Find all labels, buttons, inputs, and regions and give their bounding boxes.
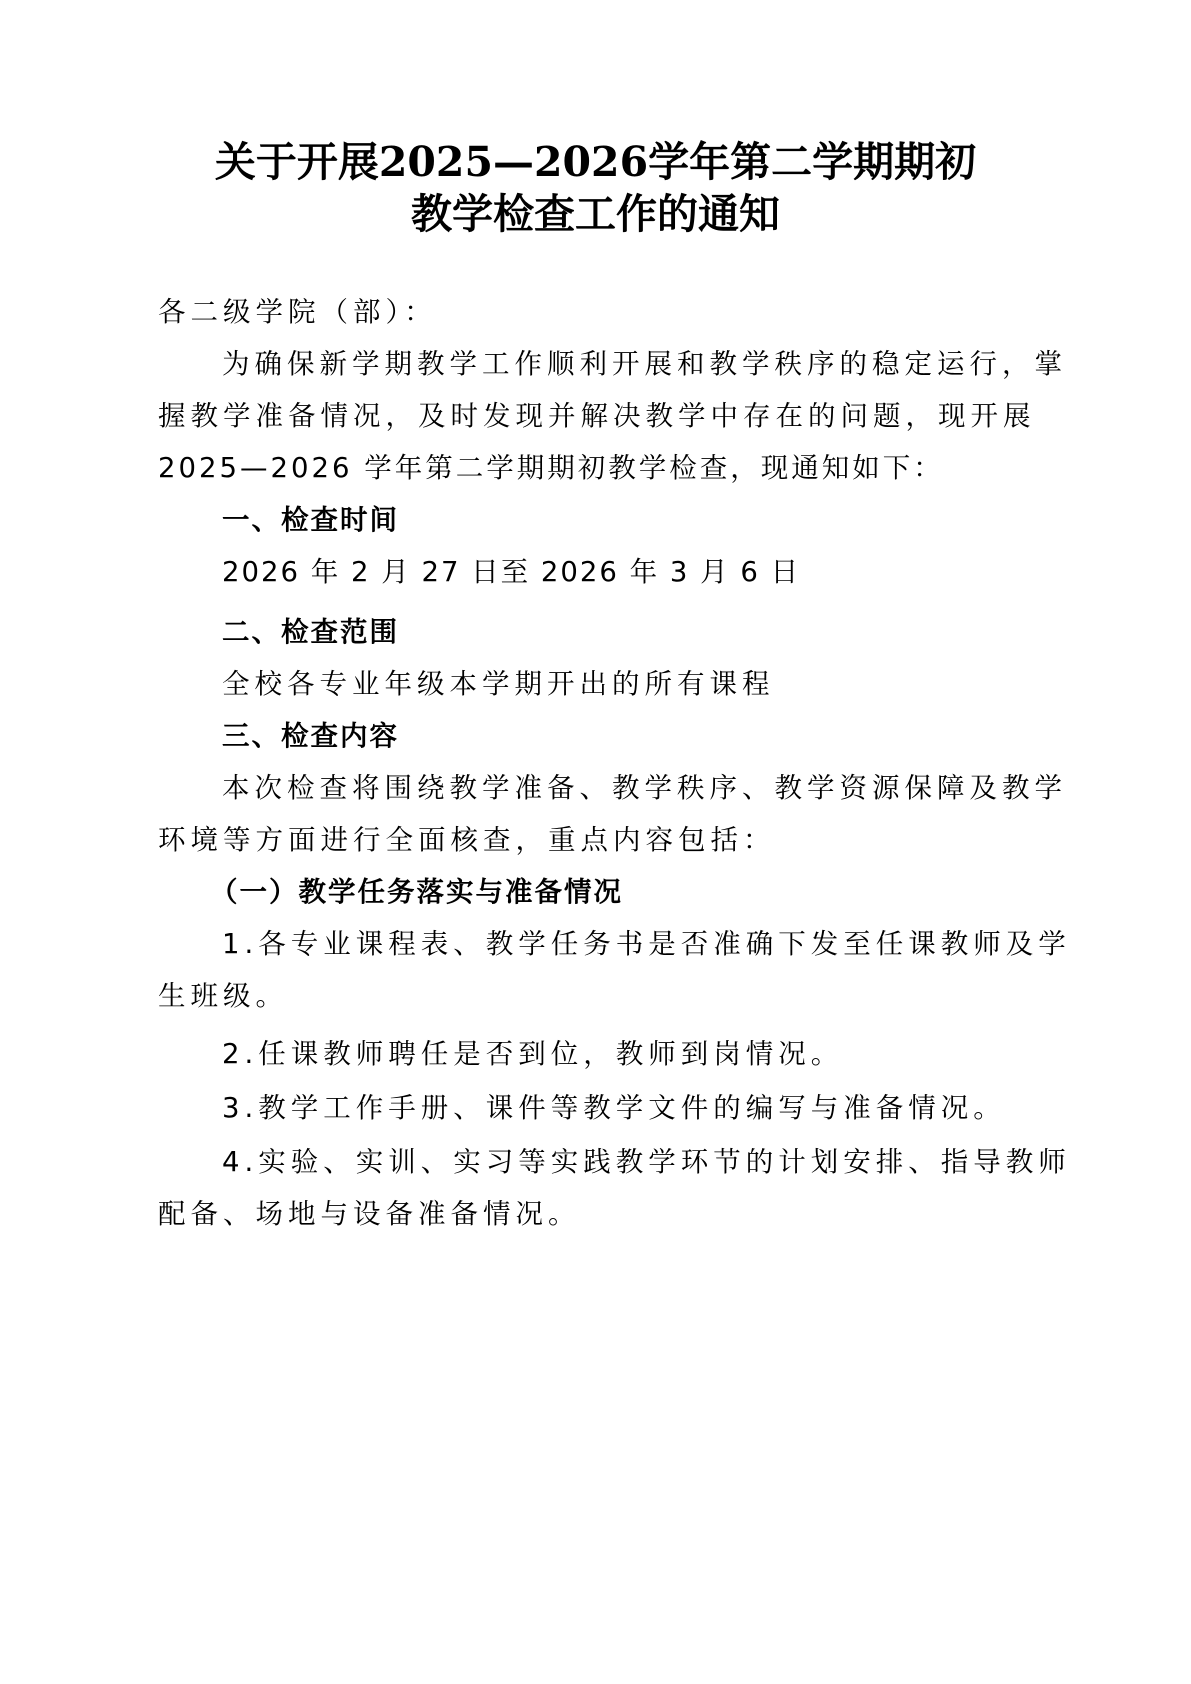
item-1-line-1: 1.各专业课程表、教学任务书是否准确下发至任课教师及学 [222,924,1071,964]
intro-line-2: 握教学准备情况，及时发现并解决教学中存在的问题，现开展 [158,396,1036,436]
item-4-line-1: 4.实验、实训、实习等实践教学环节的计划安排、指导教师 [222,1142,1071,1182]
item-2-line-1: 2.任课教师聘任是否到位，教师到岗情况。 [222,1034,843,1074]
item-1-line-2: 生班级。 [158,976,288,1016]
section-heading-scope: 二、检查范围 [222,612,399,652]
subsection-heading: （一）教学任务落实与准备情况 [210,872,623,912]
section-body-content-1: 本次检查将围绕教学准备、教学秩序、教学资源保障及教学 [222,768,1067,808]
section-heading-content: 三、检查内容 [222,716,399,756]
title-line-2: 教学检查工作的通知 [0,190,1191,238]
salutation: 各二级学院（部）： [158,292,437,332]
section-body-time: 2026 年 2 月 27 日至 2026 年 3 月 6 日 [222,552,800,592]
intro-line-1: 为确保新学期教学工作顺利开展和教学秩序的稳定运行，掌 [222,344,1067,384]
section-heading-time: 一、检查时间 [222,500,399,540]
item-4-line-2: 配备、场地与设备准备情况。 [158,1194,581,1234]
section-body-scope: 全校各专业年级本学期开出的所有课程 [222,664,775,704]
title-line-1: 关于开展2025—2026学年第二学期期初 [0,138,1191,186]
intro-line-3: 2025—2026 学年第二学期期初教学检查，现通知如下： [158,448,944,488]
item-3-line-1: 3.教学工作手册、课件等教学文件的编写与准备情况。 [222,1088,1006,1128]
section-body-content-2: 环境等方面进行全面核查，重点内容包括： [158,820,776,860]
document-page: 关于开展2025—2026学年第二学期期初 教学检查工作的通知 各二级学院（部）… [0,0,1191,1684]
